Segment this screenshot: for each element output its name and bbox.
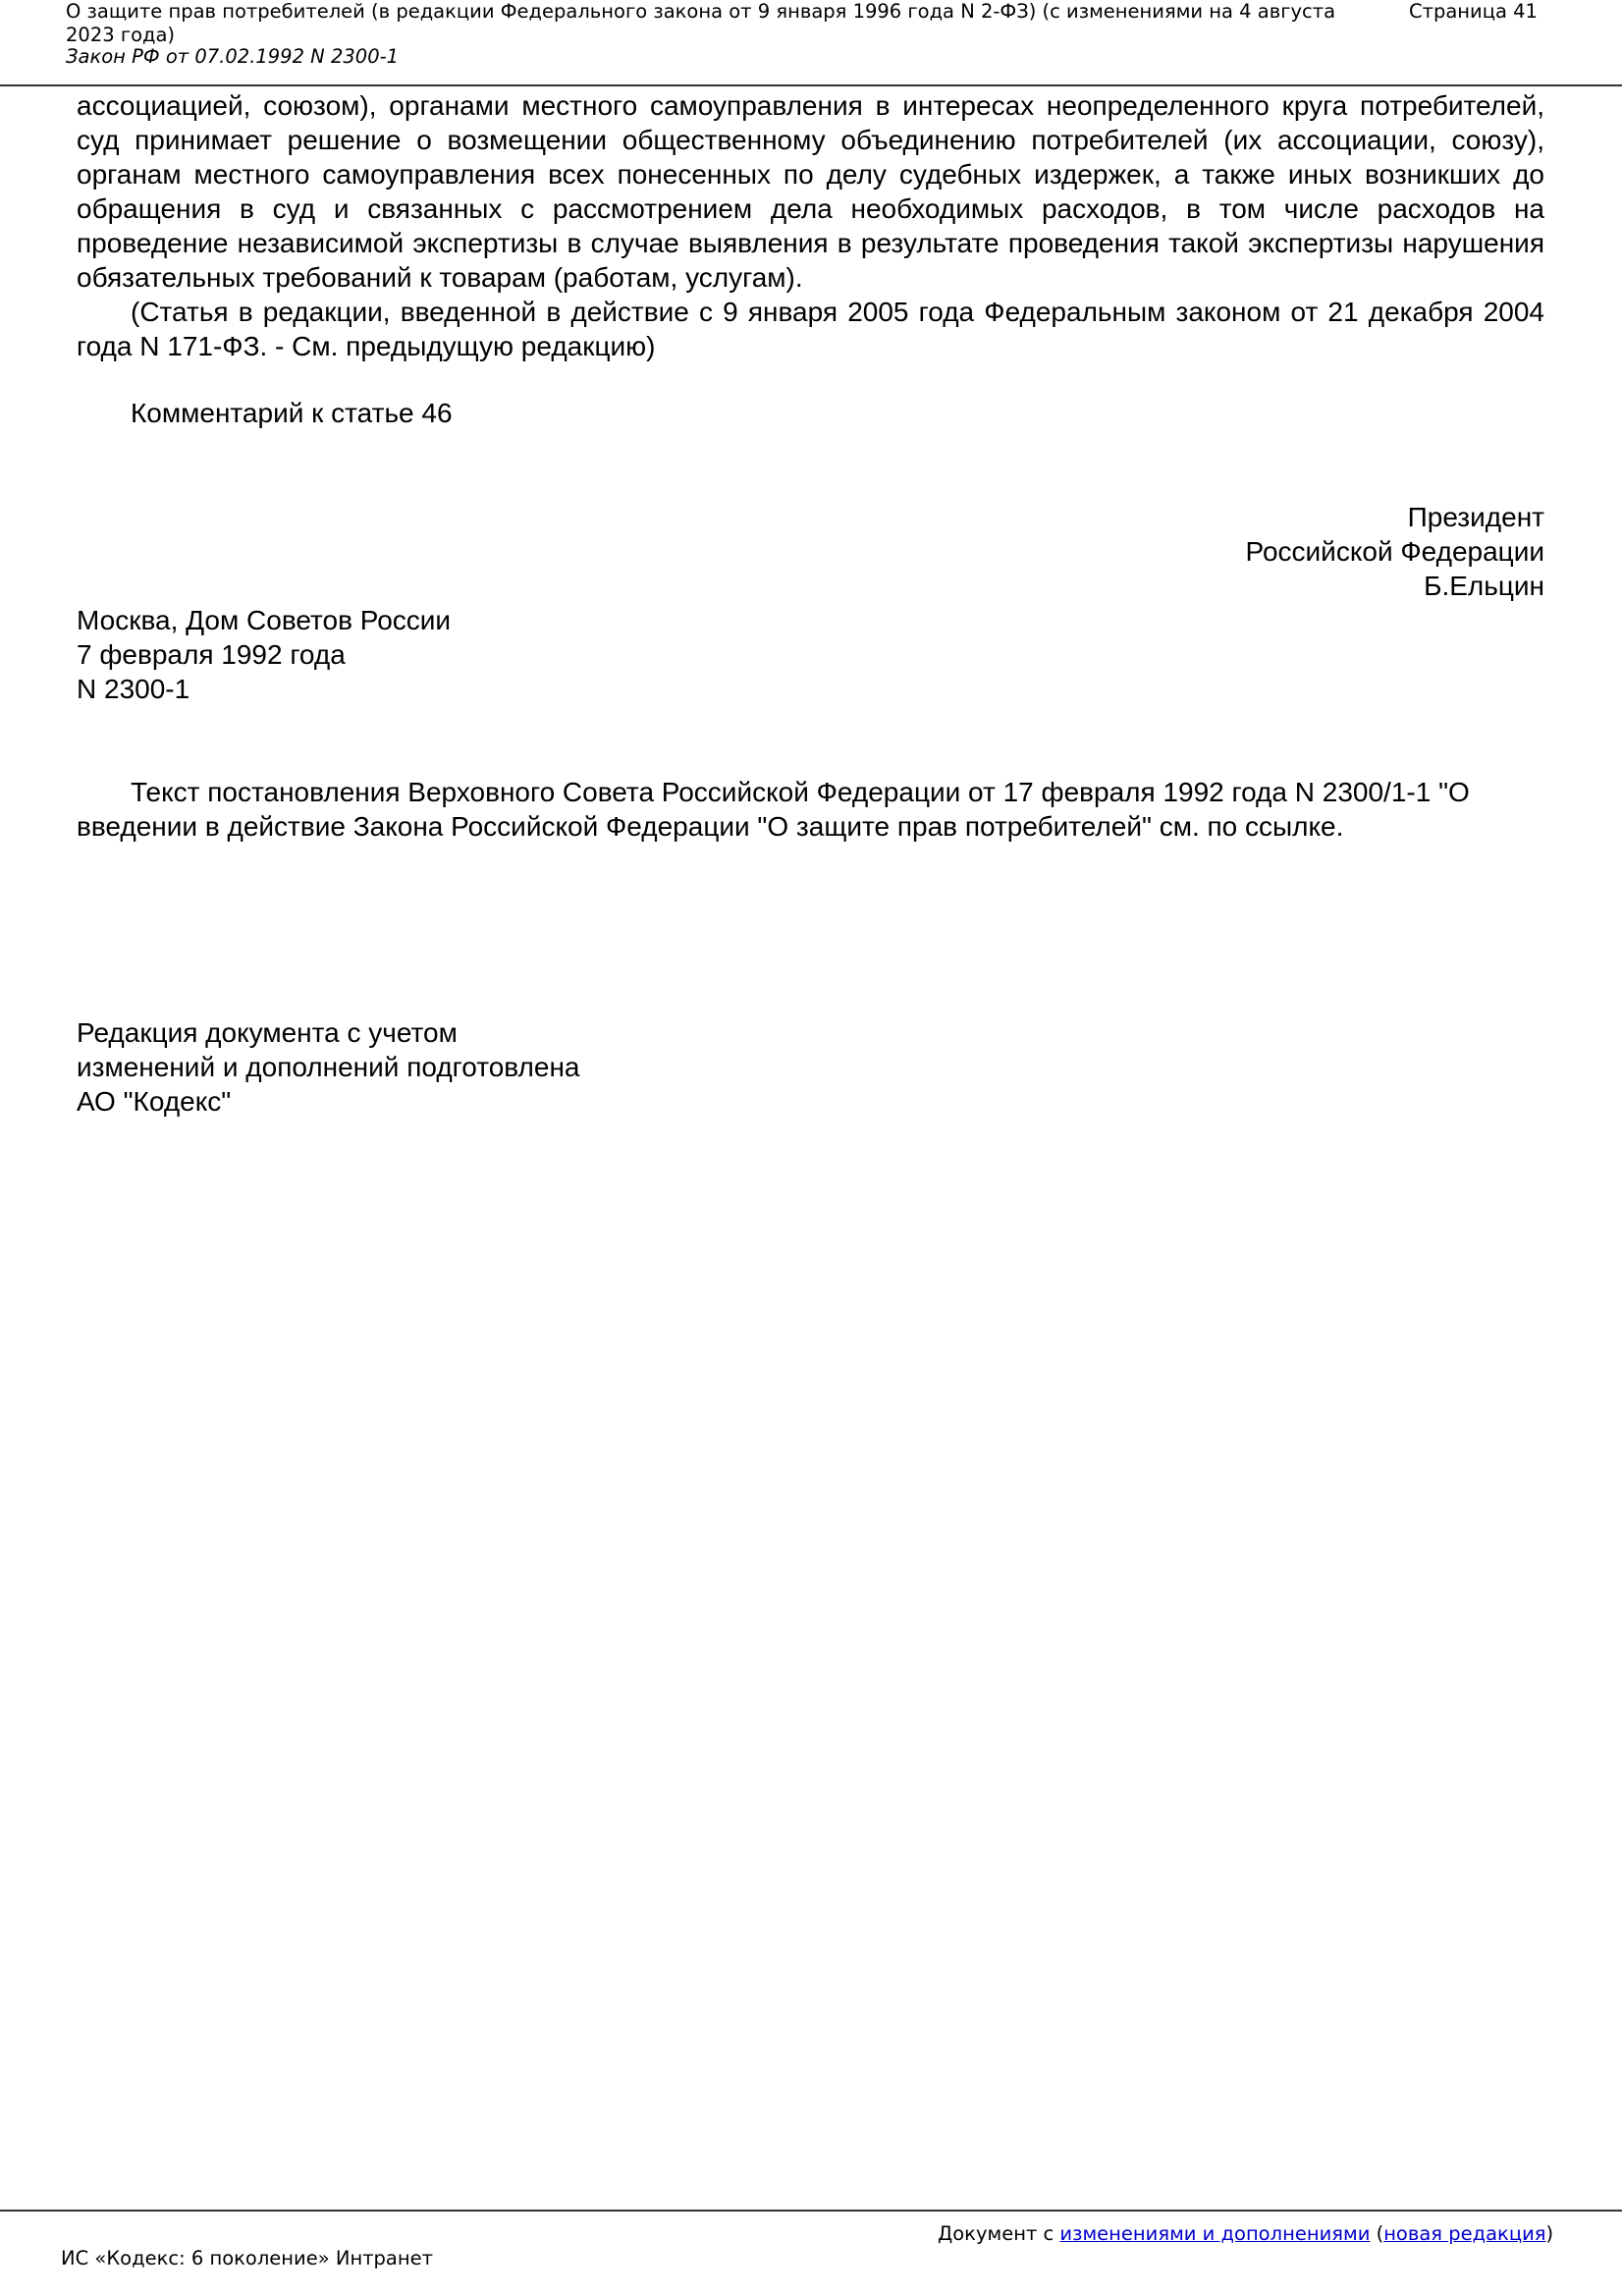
article-paragraph: ассоциацией, союзом), органами местного … [77, 88, 1544, 295]
footer-divider [0, 2210, 1622, 2212]
comment-block: Комментарий к статье 46 [77, 396, 1544, 430]
signature-country: Российской Федерации [77, 534, 1544, 569]
edition-block: Редакция документа с учетом изменений и … [77, 1015, 1544, 1119]
document-number: N 2300-1 [77, 672, 1544, 706]
resolution-block: Текст постановления Верховного Совета Ро… [77, 775, 1544, 844]
place: Москва, Дом Советов России [77, 603, 1544, 637]
footer-document-status: Документ с изменениями и дополнениями (н… [938, 2222, 1553, 2246]
signature-name: Б.Ельцин [77, 569, 1544, 603]
page-header: О защите прав потребителей (в редакции Ф… [0, 0, 1622, 86]
place-date-block: Москва, Дом Советов России 7 февраля 199… [77, 603, 1544, 706]
page-number: Страница 41 [1409, 0, 1538, 24]
signature-title: Президент [77, 500, 1544, 534]
edition-line-1: Редакция документа с учетом [77, 1015, 1544, 1050]
edition-line-2: изменений и дополнений подготовлена [77, 1050, 1544, 1084]
date: 7 февраля 1992 года [77, 637, 1544, 672]
paren-open: ( [1370, 2222, 1383, 2245]
footer-prefix: Документ с [938, 2222, 1059, 2245]
article-text-block: ассоциацией, союзом), органами местного … [77, 88, 1544, 363]
signature-block: Президент Российской Федерации Б.Ельцин [77, 500, 1544, 603]
edition-note-paragraph: (Статья в редакции, введенной в действие… [77, 295, 1544, 363]
footer-system-name: ИС «Кодекс: 6 поколение» Интранет [61, 2247, 433, 2270]
new-edition-link[interactable]: новая редакция [1383, 2222, 1545, 2245]
document-subtitle: Закон РФ от 07.02.1992 N 2300-1 [66, 45, 399, 69]
header-divider [0, 84, 1622, 86]
comment-link[interactable]: Комментарий к статье 46 [77, 396, 1544, 430]
document-title: О защите прав потребителей (в редакции Ф… [66, 0, 1381, 47]
changes-link[interactable]: изменениями и дополнениями [1059, 2222, 1370, 2245]
paren-close: ) [1546, 2222, 1554, 2245]
resolution-note[interactable]: Текст постановления Верховного Совета Ро… [77, 775, 1544, 844]
edition-line-3: АО "Кодекс" [77, 1084, 1544, 1119]
